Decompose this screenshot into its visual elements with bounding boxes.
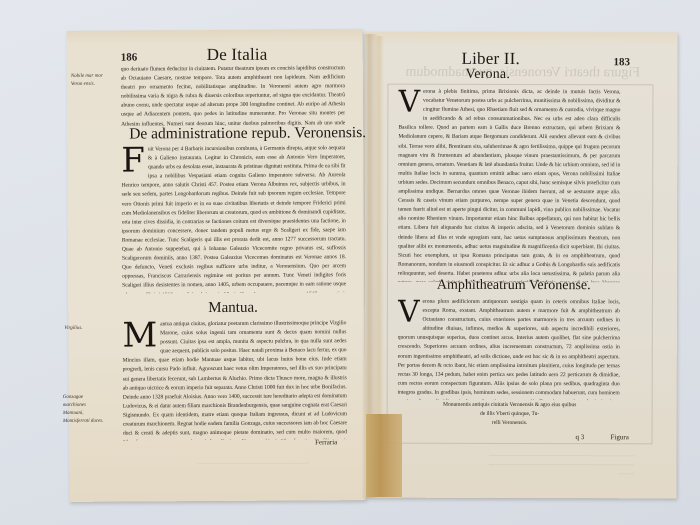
verona-text: erona à plebis finitima, prima Brixionis…	[398, 89, 621, 283]
section-title-amphitheatre: Amphitheatrum Veronense.	[437, 278, 591, 294]
dropcap-m: M	[122, 321, 157, 349]
administration-text: uit Verona per 4 Barbaris incursionibus …	[121, 145, 346, 293]
dropcap-f: F	[121, 146, 145, 174]
marginal-note-marble: Nobile mar mor Veron ensis.	[71, 73, 111, 89]
verona-paragraph: Verona à plebis finitima, prima Brixioni…	[398, 88, 621, 283]
closing-line-3: relli Veronensis.	[475, 419, 545, 429]
left-catchword: Ferraria	[315, 438, 337, 446]
signature-mark: q 3	[576, 433, 585, 441]
right-page: Figura theatri Veronensis, quemadmodum L…	[364, 32, 677, 499]
marginal-note-virgil: Virgilius.	[64, 325, 104, 333]
right-running-head-verona: Verona.	[465, 67, 510, 83]
administration-paragraph: Fuit Verona per 4 Barbaris incursionibus…	[121, 144, 346, 293]
amphitheatre-text: erona plura aedificiorum antiquorum uest…	[398, 299, 620, 401]
dropcap-v: V	[398, 89, 420, 117]
right-catchword: Figura	[611, 433, 629, 441]
repair-tape	[366, 414, 402, 497]
right-page-number: 183	[614, 56, 631, 68]
dropcap-v-2: V	[398, 299, 420, 327]
left-intro-paragraph: quo deriuato flumen deducitur in ciuitat…	[121, 64, 345, 129]
left-running-head: De Italia	[207, 45, 268, 65]
left-page-number: 186	[121, 51, 138, 63]
mantua-paragraph: Mantua antiqua ciuitas, gloriatur poetar…	[122, 319, 347, 440]
left-page: 186 De Italia Nobile mar mor Veron ensis…	[67, 29, 366, 502]
marginal-note-gonzaga: Gonzagae marchiones Mantuani, Montisferr…	[63, 394, 105, 426]
fold-tape-residue	[374, 36, 384, 416]
section-title-administration: De administratione repub. Veronensis.	[129, 124, 366, 143]
show-through-heading: Figura theatri Veronensis, quemadmodum	[405, 65, 640, 82]
amphitheatre-paragraph: Verona plura aedificiorum antiquorum ues…	[398, 298, 620, 401]
section-title-mantua: Mantua.	[208, 300, 258, 317]
show-through-text-right: ————————————————————————————————————————…	[404, 452, 634, 487]
show-through-text-left: ————————————————————	[139, 459, 309, 480]
